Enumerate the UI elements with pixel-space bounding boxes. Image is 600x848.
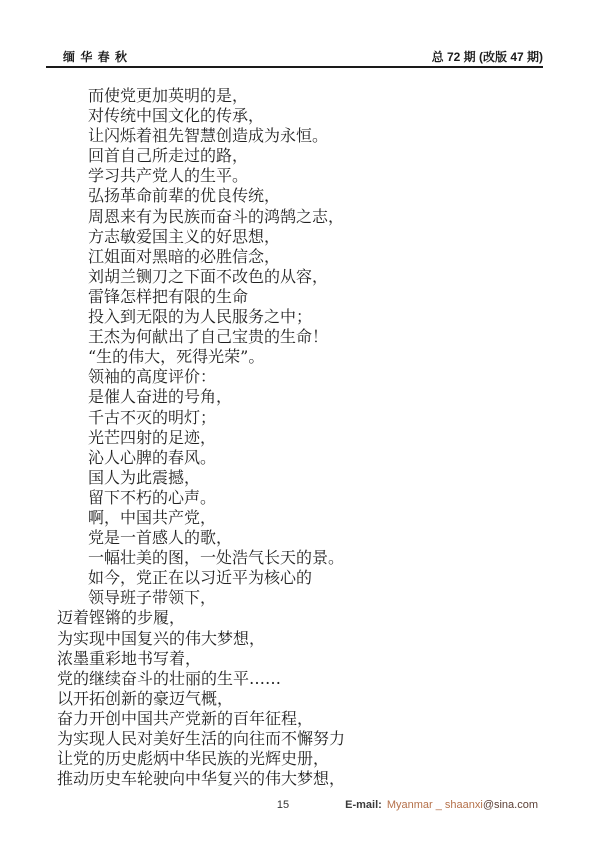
poem-line: 以开拓创新的豪迈气概， xyxy=(0,689,600,709)
poem-line: 方志敏爱国主义的好思想， xyxy=(0,227,600,247)
poem-line: 迈着铿锵的步履， xyxy=(0,608,600,628)
poem-line: 让闪烁着祖先智慧创造成为永恒。 xyxy=(0,126,600,146)
poem-line: 周恩来有为民族而奋斗的鸿鹄之志， xyxy=(0,207,600,227)
email-user[interactable]: Myanmar _ shaanxi xyxy=(387,799,483,811)
poem-line: 雷锋怎样把有限的生命 xyxy=(0,287,600,307)
page-number: 15 xyxy=(270,799,296,811)
email-label: E-mail: xyxy=(345,799,382,811)
poem-line: 投入到无限的为人民服务之中； xyxy=(0,307,600,327)
journal-title: 缅 华 春 秋 xyxy=(63,48,128,65)
poem-line: 学习共产党人的生平。 xyxy=(0,166,600,186)
page-header: 缅 华 春 秋 总 72 期 (改版 47 期) xyxy=(46,48,543,65)
poem-line: 浓墨重彩地书写着， xyxy=(0,649,600,669)
poem-line: 推动历史车轮驶向中华复兴的伟大梦想， xyxy=(0,769,600,789)
poem-line: 王杰为何献出了自己宝贵的生命！ xyxy=(0,327,600,347)
poem-line: 弘扬革命前辈的优良传统， xyxy=(0,186,600,206)
poem-line: 而使党更加英明的是， xyxy=(0,86,600,106)
email-domain[interactable]: @sina.com xyxy=(483,799,538,811)
poem-line: 为实现人民对美好生活的向往而不懈努力 xyxy=(0,729,600,749)
poem-line: 留下不朽的心声。 xyxy=(0,488,600,508)
issue-info: 总 72 期 (改版 47 期) xyxy=(432,48,543,65)
poem-line: 刘胡兰铡刀之下面不改色的从容， xyxy=(0,267,600,287)
poem-line: 党是一首感人的歌， xyxy=(0,528,600,548)
poem-stanza-flush: 迈着铿锵的步履， 为实现中国复兴的伟大梦想， 浓墨重彩地书写着， 党的继续奋斗的… xyxy=(0,608,600,789)
poem-line: 是催人奋进的号角， xyxy=(0,387,600,407)
poem-line: 为实现中国复兴的伟大梦想， xyxy=(0,629,600,649)
poem-line: 一幅壮美的图，一处浩气长天的景。 xyxy=(0,548,600,568)
header-rule xyxy=(46,66,543,68)
magazine-page: 缅 华 春 秋 总 72 期 (改版 47 期) 而使党更加英明的是， 对传统中… xyxy=(0,0,600,848)
poem-line: 回首自己所走过的路， xyxy=(0,146,600,166)
poem-line: 如今，党正在以习近平为核心的 xyxy=(0,568,600,588)
poem-line: 千古不灭的明灯； xyxy=(0,408,600,428)
poem-line: 啊，中国共产党， xyxy=(0,508,600,528)
poem-line: 国人为此震撼， xyxy=(0,468,600,488)
page-footer: 15 E-mail:Myanmar _ shaanxi@sina.com xyxy=(0,799,600,815)
email-link[interactable]: E-mail:Myanmar _ shaanxi@sina.com xyxy=(345,799,538,811)
poem-stanza-indented: 而使党更加英明的是， 对传统中国文化的传承， 让闪烁着祖先智慧创造成为永恒。 回… xyxy=(0,86,600,608)
poem-body: 而使党更加英明的是， 对传统中国文化的传承， 让闪烁着祖先智慧创造成为永恒。 回… xyxy=(0,86,600,789)
poem-line: 沁人心脾的春风。 xyxy=(0,448,600,468)
poem-line: 奋力开创中国共产党新的百年征程， xyxy=(0,709,600,729)
poem-line: 对传统中国文化的传承， xyxy=(0,106,600,126)
poem-line: “生的伟大，死得光荣”。 xyxy=(0,347,600,367)
poem-line: 领袖的高度评价： xyxy=(0,367,600,387)
poem-line: 领导班子带领下， xyxy=(0,588,600,608)
poem-line: 党的继续奋斗的壮丽的生平…… xyxy=(0,669,600,689)
poem-line: 光芒四射的足迹， xyxy=(0,428,600,448)
poem-line: 江姐面对黑暗的必胜信念， xyxy=(0,247,600,267)
poem-line: 让党的历史彪炳中华民族的光辉史册， xyxy=(0,749,600,769)
